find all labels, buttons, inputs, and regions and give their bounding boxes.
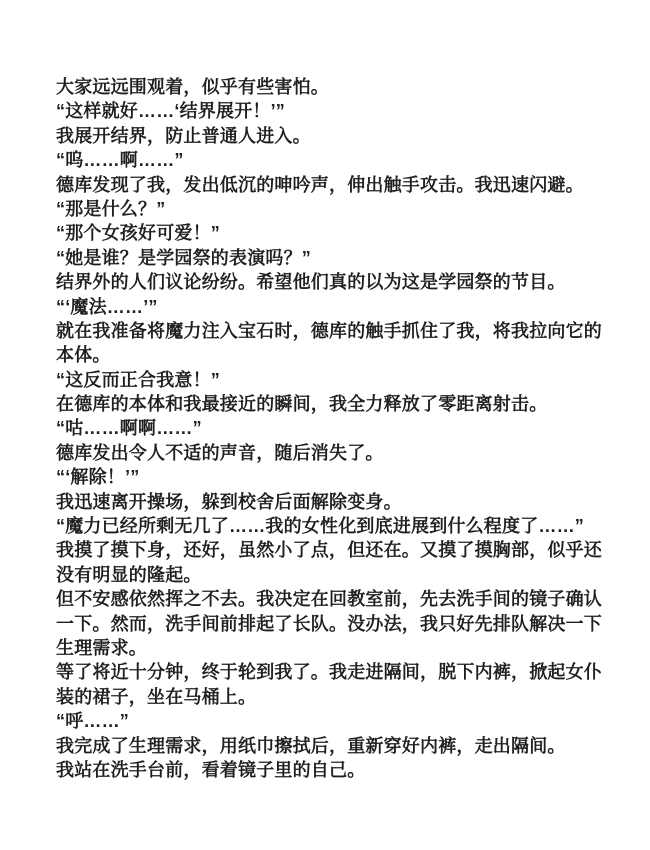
text-line: 等了将近十分钟，终于轮到我了。我走进隔间，脱下内裤，掀起女仆 (56, 660, 602, 684)
text-line: 就在我准备将魔力注入宝石时，德库的触手抓住了我，将我拉向它的 (56, 319, 602, 343)
text-line: 但不安感依然挥之不去。我决定在回教室前，先去洗手间的镜子确认 (56, 587, 602, 611)
text-line: 结界外的人们议论纷纷。希望他们真的以为这是学园祭的节目。 (56, 270, 602, 294)
text-line: 在德库的本体和我最接近的瞬间，我全力释放了零距离射击。 (56, 392, 602, 416)
text-line-dialogue: “那是什么？” (56, 197, 602, 221)
text-line: 我摸了摸下身，还好，虽然小了点，但还在。又摸了摸胸部，似乎还 (56, 538, 602, 562)
text-line: 装的裙子，坐在马桶上。 (56, 685, 602, 709)
text-line: 大家远远围观着，似乎有些害怕。 (56, 75, 602, 99)
text-line: 我完成了生理需求，用纸巾擦拭后，重新穿好内裤，走出隔间。 (56, 734, 602, 758)
text-line: 我站在洗手台前，看着镜子里的自己。 (56, 758, 602, 782)
novel-page: 大家远远围观着，似乎有些害怕。 “这样就好……‘结界展开！’” 我展开结界，防止… (0, 0, 650, 850)
text-line: 一下。然而，洗手间前排起了长队。没办法，我只好先排队解决一下 (56, 612, 602, 636)
text-line-dialogue: “这样就好……‘结界展开！’” (56, 99, 602, 123)
text-line-dialogue: “‘魔法……’” (56, 295, 602, 319)
text-line-dialogue: “‘解除！’” (56, 465, 602, 489)
text-line: 我展开结界，防止普通人进入。 (56, 124, 602, 148)
novel-text-block: 大家远远围观着，似乎有些害怕。 “这样就好……‘结界展开！’” 我展开结界，防止… (56, 75, 602, 782)
text-line-dialogue: “这反而正合我意！” (56, 368, 602, 392)
text-line-dialogue: “呜……啊……” (56, 148, 602, 172)
text-line: 德库发现了我，发出低沉的呻吟声，伸出触手攻击。我迅速闪避。 (56, 173, 602, 197)
text-line-dialogue: “咕……啊啊……” (56, 416, 602, 440)
text-line-dialogue: “那个女孩好可爱！” (56, 221, 602, 245)
text-line: 本体。 (56, 343, 602, 367)
text-line: 生理需求。 (56, 636, 602, 660)
text-line-dialogue: “魔力已经所剩无几了……我的女性化到底进展到什么程度了……” (56, 514, 602, 538)
text-line-dialogue: “呼……” (56, 709, 602, 733)
text-line: 我迅速离开操场，躲到校舍后面解除变身。 (56, 490, 602, 514)
text-line-dialogue: “她是谁？是学园祭的表演吗？” (56, 246, 602, 270)
text-line: 没有明显的隆起。 (56, 563, 602, 587)
text-line: 德库发出令人不适的声音，随后消失了。 (56, 441, 602, 465)
